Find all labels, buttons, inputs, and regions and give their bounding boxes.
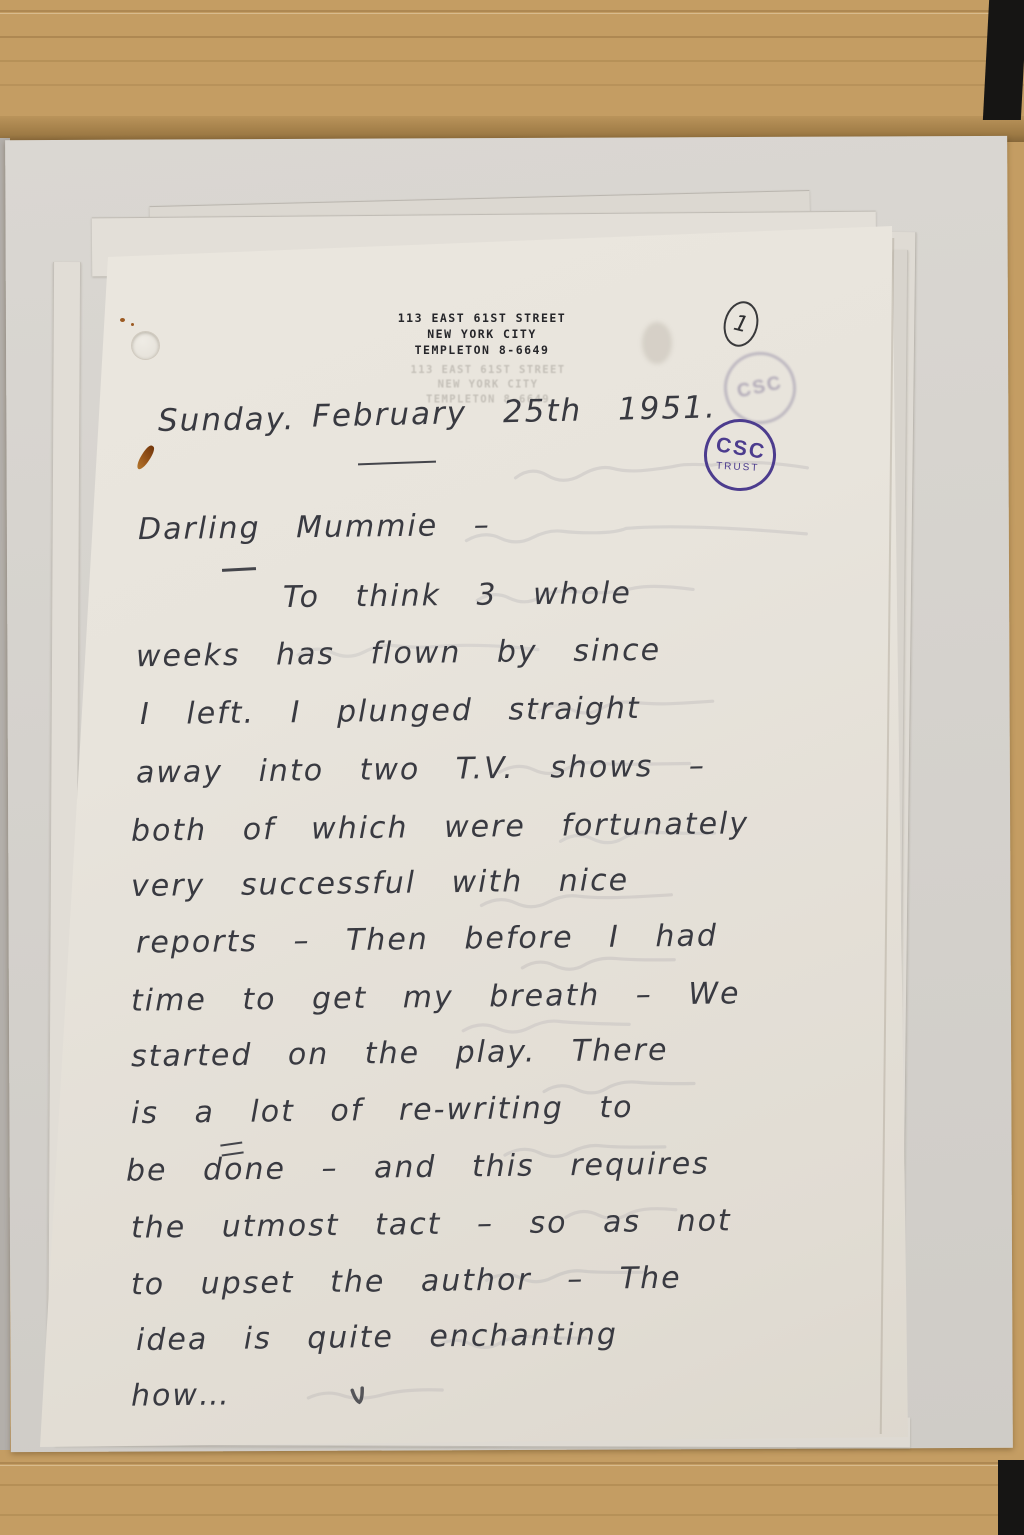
letterhead-line: NEW YORK CITY <box>378 377 599 392</box>
letterhead: 113 EAST 61ST STREET NEW YORK CITY TEMPL… <box>362 310 602 358</box>
rust-speck <box>131 323 134 326</box>
photo-corner-black <box>998 1460 1024 1535</box>
cardboard-crease <box>0 10 1024 12</box>
handwritten-line: To think 3 whole <box>283 576 632 615</box>
handwritten-line-partial: how… <box>131 1377 231 1413</box>
handwritten-line: to upset the author – The <box>131 1261 682 1303</box>
handwritten-line: is a lot of re-writing to <box>131 1090 634 1131</box>
cardboard-crease <box>0 1465 1024 1466</box>
letterhead-line: TEMPLETON 8-6649 <box>362 342 602 358</box>
cardboard-crease <box>0 36 1024 38</box>
handwritten-line: be done – and this requires <box>126 1146 710 1188</box>
stamp-text: CSC <box>735 372 785 403</box>
salutation: Darling Mummie – <box>138 508 491 547</box>
handwritten-line: I left. I plunged straight <box>140 691 641 732</box>
cardboard-crease <box>0 13 1024 14</box>
handwritten-line: weeks has flown by since <box>136 633 662 674</box>
letterhead-line: 113 EAST 61ST STREET <box>362 310 602 326</box>
photo-corner-black <box>983 0 1024 120</box>
handwritten-line: reports – Then before I had <box>136 918 718 960</box>
cardboard-crease <box>0 60 1024 62</box>
rust-speck <box>120 318 125 322</box>
page-number: 1 <box>731 310 751 338</box>
scanned-letter-photo: 113 EAST 61ST STREET NEW YORK CITY TEMPL… <box>0 0 1024 1535</box>
handwritten-line: time to get my breath – We <box>131 976 741 1018</box>
cardboard-crease <box>0 1462 1024 1464</box>
handwritten-line: idea is quite enchanting <box>136 1317 618 1358</box>
stamp-text: TRUST <box>716 461 760 474</box>
letterhead-line: NEW YORK CITY <box>362 326 602 342</box>
letterhead-line: 113 EAST 61ST STREET <box>378 362 599 377</box>
cardboard-crease <box>0 84 1024 86</box>
cardboard-crease <box>0 1514 1024 1516</box>
handwritten-line: very successful with nice <box>131 863 630 904</box>
paper-smudge <box>642 322 672 364</box>
handwritten-day: Sunday. <box>158 401 296 439</box>
punch-hole <box>132 332 159 359</box>
cardboard-crease <box>0 1484 1024 1486</box>
handwritten-line: the utmost tact – so as not <box>131 1203 732 1245</box>
handwritten-line: away into two T.V. shows – <box>136 749 706 791</box>
handwritten-line: started on the play. There <box>131 1033 669 1075</box>
